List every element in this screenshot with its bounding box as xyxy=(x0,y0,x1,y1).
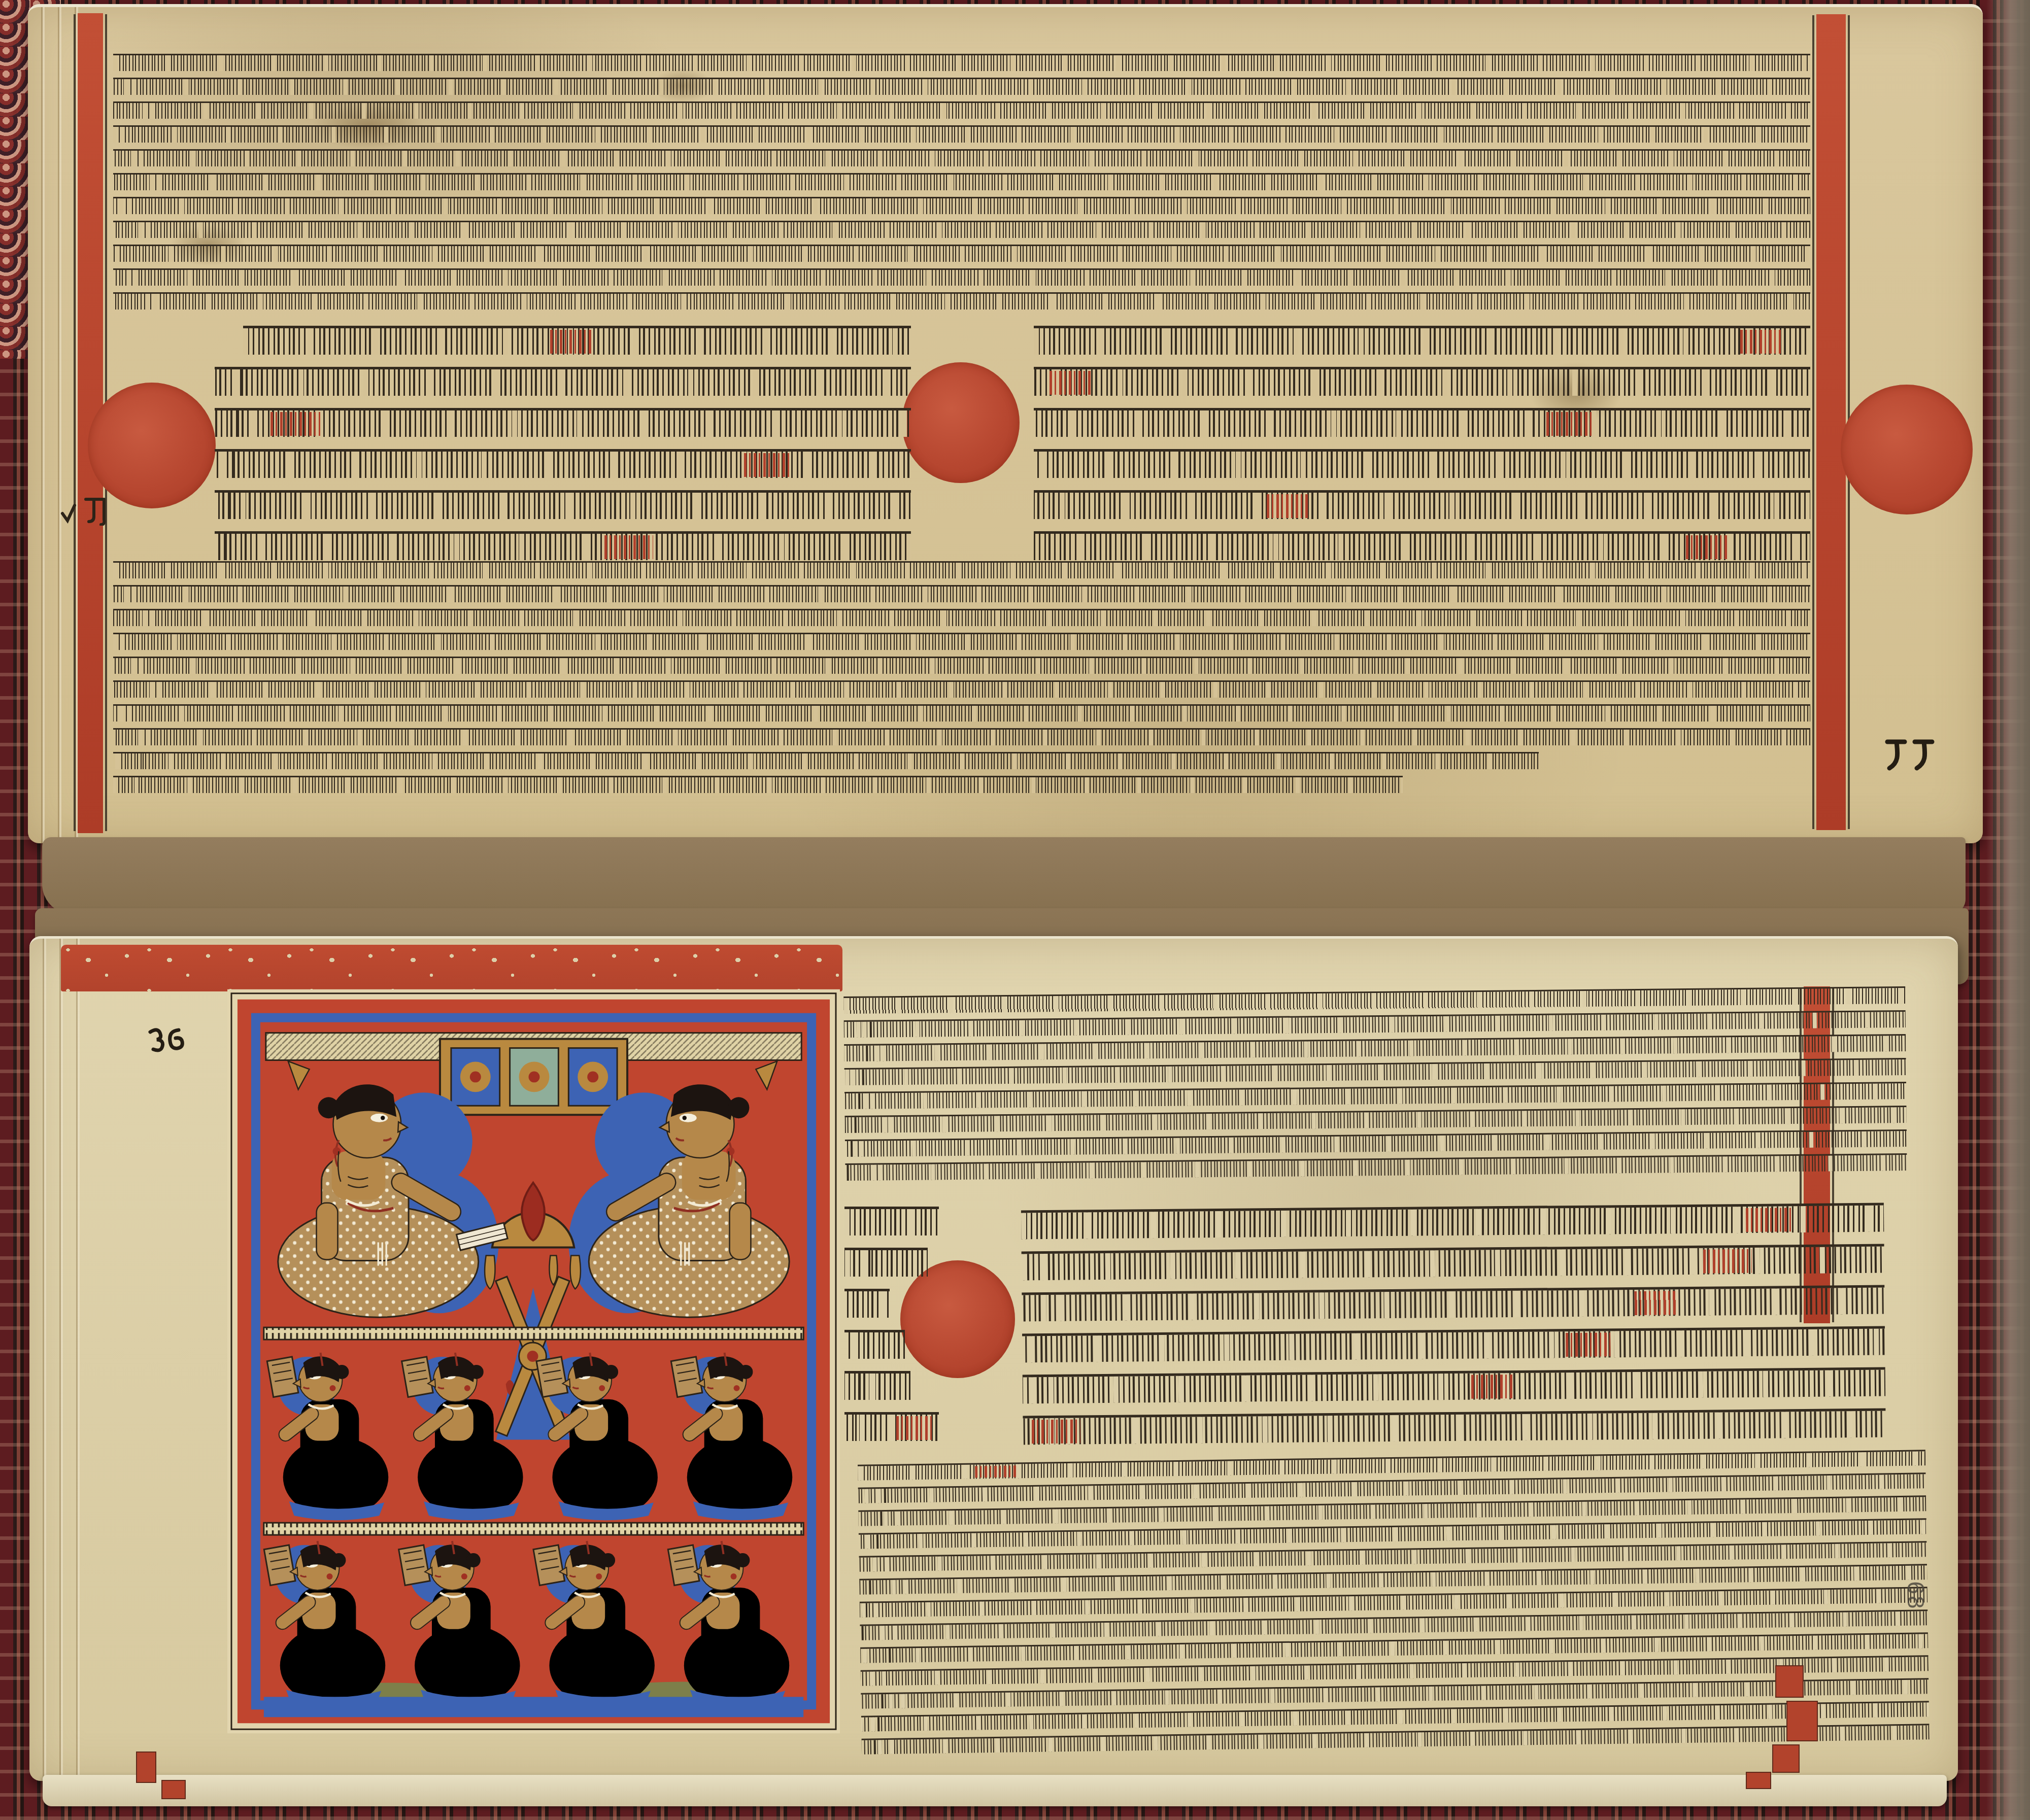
script-line xyxy=(1022,1285,1884,1322)
verse-number-rubric xyxy=(896,1416,932,1440)
worn-red-top-band xyxy=(61,945,842,991)
bottom-sheet-edges xyxy=(43,1775,1947,1806)
script-line xyxy=(1034,408,1810,437)
beaded-divider-2 xyxy=(264,1523,803,1535)
folio-number-66 xyxy=(1883,736,1944,784)
painting-svg: .row-red .gar{fill:url(#gdr);stroke:#2c2… xyxy=(227,988,840,1734)
main-text-left-column xyxy=(215,326,911,572)
textile-right-fuzz xyxy=(1986,0,2030,1820)
script-line xyxy=(243,326,911,355)
script-line xyxy=(113,680,1810,698)
main-text-left-fragments xyxy=(844,1207,939,1453)
manuscript-photo: .row-red .gar{fill:url(#gdr);stroke:#2c2… xyxy=(0,0,2030,1820)
script-line xyxy=(113,149,1810,166)
script-line xyxy=(113,197,1810,214)
verse-number-rubric xyxy=(1740,330,1781,354)
verse-number-rubric xyxy=(1471,1375,1514,1399)
canopy-panel xyxy=(440,1039,627,1115)
script-line xyxy=(1034,326,1810,355)
verse-number-rubric xyxy=(744,453,791,477)
script-line xyxy=(113,633,1810,650)
red-dot-left xyxy=(88,383,216,508)
script-line xyxy=(113,704,1810,722)
hi-glyph xyxy=(86,499,104,525)
verse-number-rubric xyxy=(270,412,320,436)
script-line xyxy=(844,1207,939,1235)
script-line xyxy=(845,1129,1907,1157)
top-leaf xyxy=(28,4,1983,843)
script-line xyxy=(113,101,1810,119)
script-line xyxy=(113,561,1810,578)
script-line xyxy=(1034,490,1810,519)
script-line xyxy=(1021,1203,1884,1240)
script-line xyxy=(844,1248,928,1277)
script-line xyxy=(215,367,911,396)
script-line xyxy=(1023,1367,1885,1404)
verse-number-rubric xyxy=(1050,371,1093,395)
verse-number-rubric xyxy=(604,535,653,559)
verse-number-rubric xyxy=(1634,1291,1677,1315)
page-edge-stack xyxy=(29,939,90,1781)
page-edge-red-mark xyxy=(136,1752,156,1783)
verse-number-rubric xyxy=(1032,1419,1080,1444)
script-line xyxy=(215,449,911,478)
script-line xyxy=(844,1289,890,1318)
right-rule-inner xyxy=(1812,15,1814,829)
script-line xyxy=(1034,449,1810,478)
script-line xyxy=(844,1010,1906,1038)
lower-commentary-block xyxy=(113,561,1810,800)
script-line xyxy=(113,728,1810,745)
script-line xyxy=(113,173,1810,190)
verse-number-rubric xyxy=(975,1465,1018,1478)
page-edge-red-mark xyxy=(1746,1772,1771,1789)
miniature-painting: .row-red .gar{fill:url(#gdr);stroke:#2c2… xyxy=(227,988,840,1734)
red-dot-center xyxy=(902,362,1020,483)
script-line xyxy=(215,531,911,560)
main-text-block xyxy=(1021,1203,1886,1457)
page-edge-red-mark xyxy=(1786,1701,1818,1741)
script-line xyxy=(113,776,1403,793)
script-line xyxy=(113,585,1810,602)
script-line xyxy=(1022,1244,1884,1281)
script-line xyxy=(844,1082,1906,1109)
script-line xyxy=(113,268,1810,286)
script-line xyxy=(113,78,1810,95)
page-edge-red-mark xyxy=(1775,1665,1804,1698)
script-line xyxy=(1023,1409,1885,1445)
script-line xyxy=(844,1330,905,1359)
backing-strip-1 xyxy=(42,837,1966,914)
lower-commentary-block xyxy=(858,1450,1930,1761)
margin-note-hi xyxy=(57,490,118,528)
right-red-border xyxy=(1816,14,1846,830)
script-line xyxy=(1034,531,1810,560)
upper-commentary-block xyxy=(113,54,1810,316)
verse-number-rubric xyxy=(1546,412,1593,436)
script-line xyxy=(843,986,1905,1014)
script-line xyxy=(113,245,1810,262)
script-line xyxy=(844,1106,1906,1133)
script-line xyxy=(113,657,1810,674)
script-line xyxy=(844,1058,1906,1085)
bottom-leaf: .row-red .gar{fill:url(#gdr);stroke:#2c2… xyxy=(29,936,1958,1781)
pencil-folio-number: 68 xyxy=(1902,1581,1930,1610)
verse-number-rubric xyxy=(1746,1208,1792,1232)
main-text-right-column xyxy=(1034,326,1810,572)
margin-note-36 xyxy=(145,1024,201,1062)
script-line xyxy=(845,1153,1907,1181)
script-line xyxy=(113,609,1810,626)
script-line xyxy=(113,221,1810,238)
script-line xyxy=(215,490,911,519)
verse-number-rubric xyxy=(1267,494,1309,518)
blue-ground-band xyxy=(264,1697,803,1717)
script-line xyxy=(844,1412,939,1441)
script-line xyxy=(844,1371,910,1400)
upper-commentary-block xyxy=(843,986,1907,1187)
left-rule xyxy=(74,14,76,831)
verse-number-rubric xyxy=(550,330,594,354)
beaded-divider-1 xyxy=(264,1327,803,1340)
script-line xyxy=(1034,367,1810,396)
page-edge-red-mark xyxy=(1772,1744,1800,1773)
script-line xyxy=(113,292,1810,310)
verse-number-rubric xyxy=(1686,535,1730,559)
check-mark xyxy=(62,505,75,521)
script-line xyxy=(1022,1326,1885,1363)
script-line xyxy=(113,125,1810,143)
script-line xyxy=(113,752,1539,769)
page-edge-red-mark xyxy=(161,1780,186,1799)
red-dot-right xyxy=(1841,385,1973,514)
script-line xyxy=(844,1034,1906,1061)
script-line xyxy=(113,54,1810,71)
verse-number-rubric xyxy=(1566,1332,1610,1357)
verse-number-rubric xyxy=(1703,1249,1752,1274)
script-line xyxy=(215,408,911,437)
